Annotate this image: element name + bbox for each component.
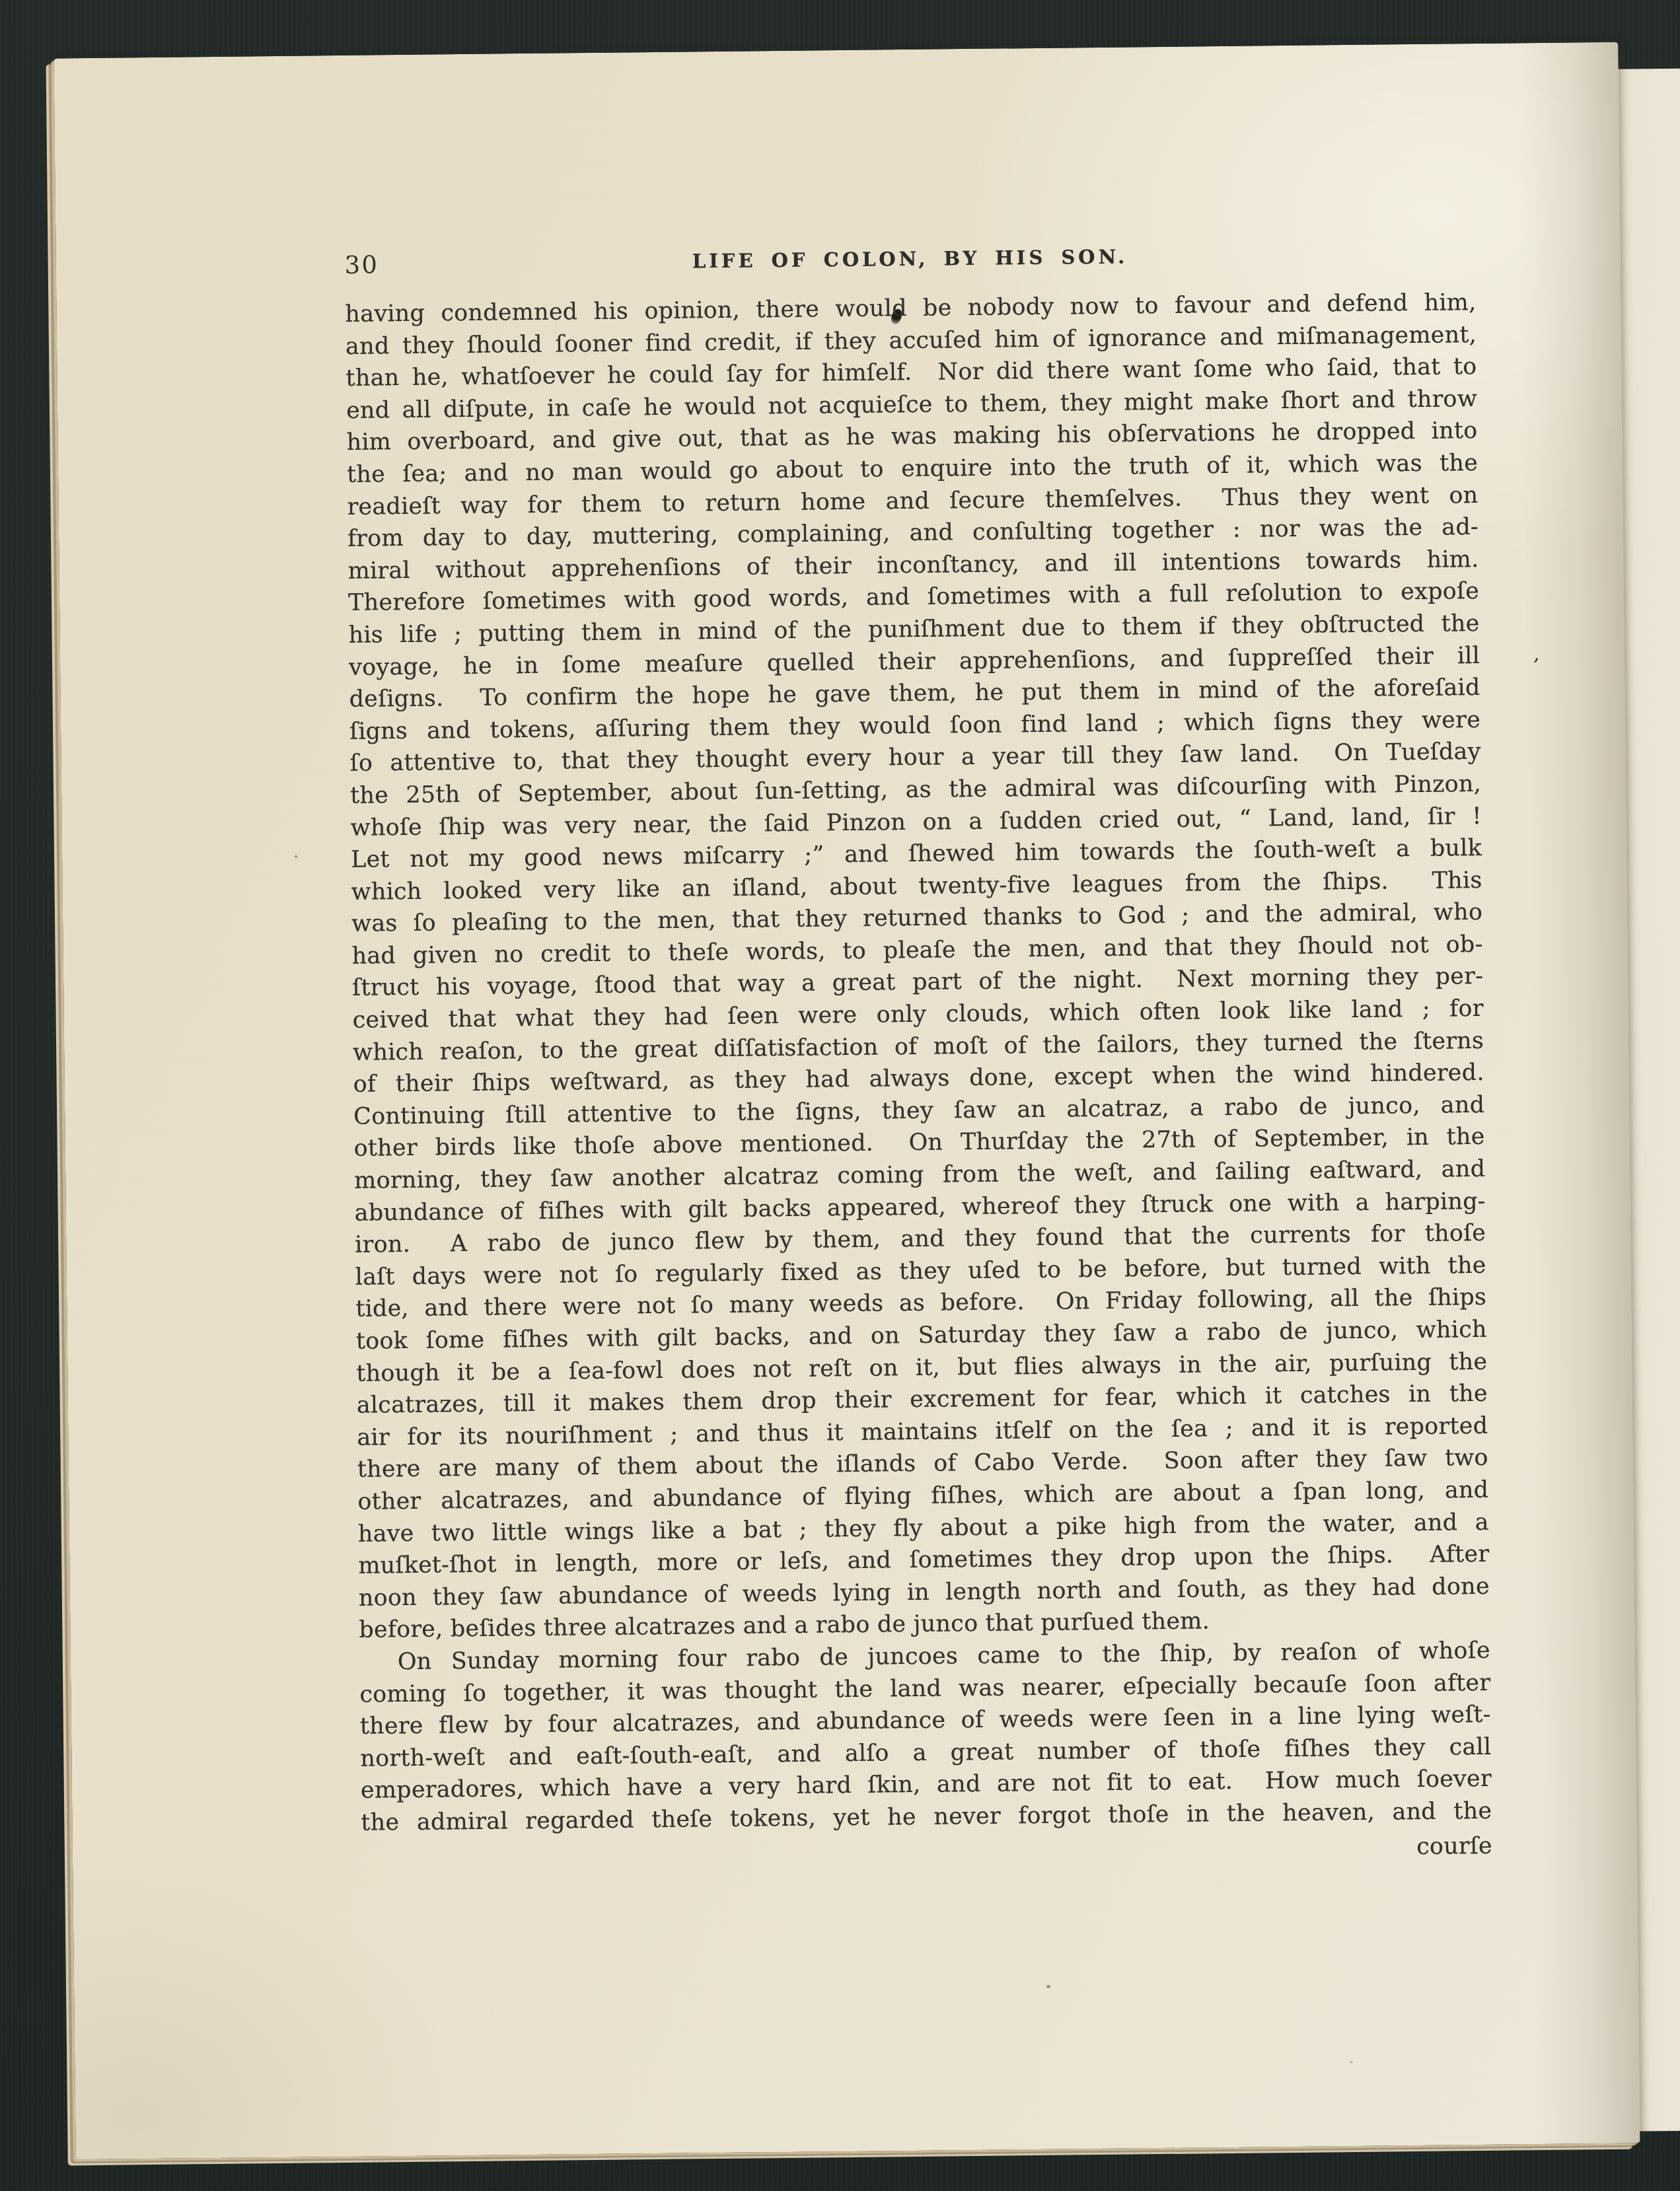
book-page: ’ 30 LIFE OF COLON, BY HIS SON. having c… [54,42,1640,2160]
paper-speck [1046,1985,1050,1988]
text-block: 30 LIFE OF COLON, BY HIS SON. having con… [344,236,1492,1874]
running-header: LIFE OF COLON, BY HIS SON. [344,236,1475,276]
page-header: 30 LIFE OF COLON, BY HIS SON. [344,236,1475,283]
stray-mark: ’ [1531,655,1540,678]
paper-speck [1350,2061,1352,2064]
page-number: 30 [344,250,379,279]
body-text: having condemned his opinion, there woul… [345,287,1492,1839]
paper-speck [295,855,297,858]
scanned-book-photo: ’ 30 LIFE OF COLON, BY HIS SON. having c… [0,0,1680,2191]
